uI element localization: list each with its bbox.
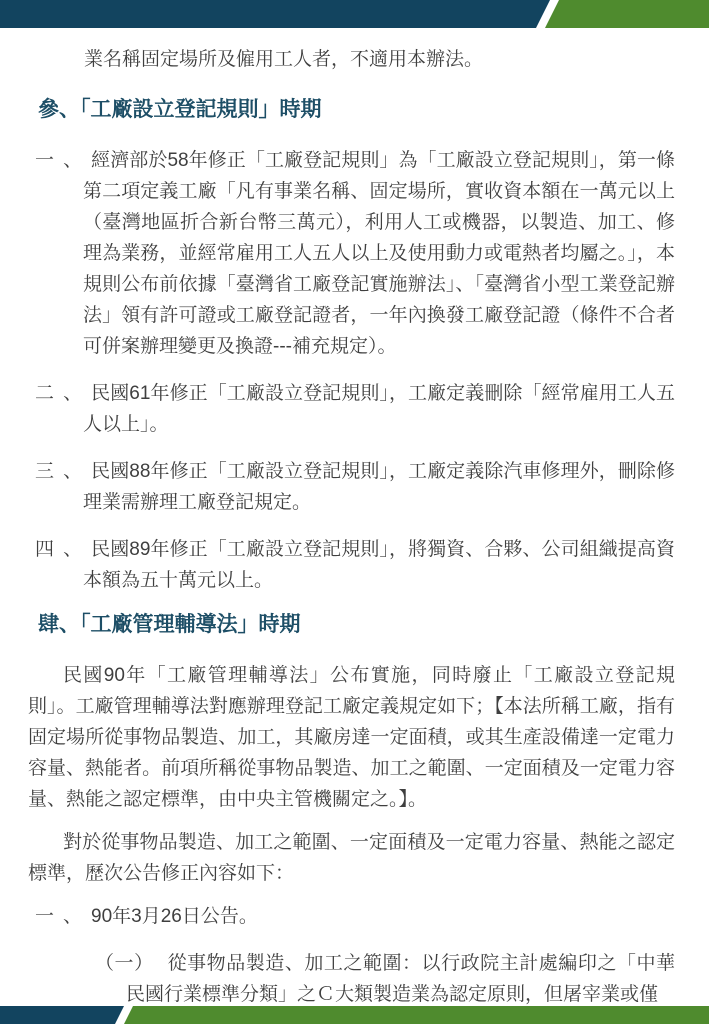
list-item-2-text: 民國61年修正「工廠設立登記規則」，工廠定義刪除「經常雇用工人五人以上」。	[83, 383, 675, 435]
list-item-announcement-text: 90年3月26日公告。	[91, 906, 258, 927]
section-heading-4: 肆、「工廠管理輔導法」時期	[38, 612, 674, 638]
document-page: 業名稱固定場所及僱用工人者，不適用本辦法。 參、「工廠設立登記規則」時期 一、經…	[0, 0, 709, 1024]
list-item-1: 一、經濟部於58年修正「工廠登記規則」為「工廠設立登記規則」，第一條第二項定義工…	[35, 145, 675, 362]
bottom-banner	[0, 1006, 709, 1024]
list-item-4: 四、民國89年修正「工廠設立登記規則」，將獨資、合夥、公司組織提高資本額為五十萬…	[35, 534, 675, 596]
bottom-banner-navy-bar	[0, 1006, 124, 1024]
paragraph-1: 民國90年「工廠管理輔導法」公布實施，同時廢止「工廠設立登記規則」。工廠管理輔導…	[28, 660, 675, 815]
list-item-announcement: 一、90年3月26日公告。	[35, 901, 675, 932]
document-body: 業名稱固定場所及僱用工人者，不適用本辦法。 參、「工廠設立登記規則」時期 一、經…	[0, 28, 709, 1010]
top-banner-green-bar	[545, 0, 709, 28]
list-item-1-text: 經濟部於58年修正「工廠登記規則」為「工廠設立登記規則」，第一條第二項定義工廠「…	[83, 150, 675, 357]
list-item-3: 三、民國88年修正「工廠設立登記規則」，工廠定義除汽車修理外，刪除修理業需辦理工…	[35, 456, 675, 518]
paragraph-continuation: 業名稱固定場所及僱用工人者，不適用本辦法。	[84, 44, 674, 75]
section-heading-3: 參、「工廠設立登記規則」時期	[38, 97, 674, 123]
sub-list-item-1-text: 從事物品製造、加工之範圍：以行政院主計處編印之「中華民國行業標準分類」之Ｃ大類製…	[126, 953, 675, 1005]
top-banner	[0, 0, 709, 28]
list-item-3-text: 民國88年修正「工廠設立登記規則」，工廠定義除汽車修理外，刪除修理業需辦理工廠登…	[83, 461, 675, 513]
list-item-announcement-marker: 一、	[35, 906, 91, 927]
list-item-2: 二、民國61年修正「工廠設立登記規則」，工廠定義刪除「經常雇用工人五人以上」。	[35, 378, 675, 440]
list-item-1-marker: 一、	[35, 150, 91, 171]
paragraph-2: 對於從事物品製造、加工之範圍、一定面積及一定電力容量、熱能之認定標準，歷次公告修…	[28, 827, 675, 889]
list-item-2-marker: 二、	[35, 383, 91, 404]
bottom-banner-green-bar	[124, 1006, 709, 1024]
sub-list-item-1-marker: （一）	[95, 953, 154, 974]
list-item-3-marker: 三、	[35, 461, 91, 482]
sub-list-item-1: （一）從事物品製造、加工之範圍：以行政院主計處編印之「中華民國行業標準分類」之Ｃ…	[95, 948, 675, 1010]
top-banner-navy-bar	[0, 0, 550, 28]
list-item-4-text: 民國89年修正「工廠設立登記規則」，將獨資、合夥、公司組織提高資本額為五十萬元以…	[83, 539, 675, 591]
list-item-4-marker: 四、	[35, 539, 91, 560]
